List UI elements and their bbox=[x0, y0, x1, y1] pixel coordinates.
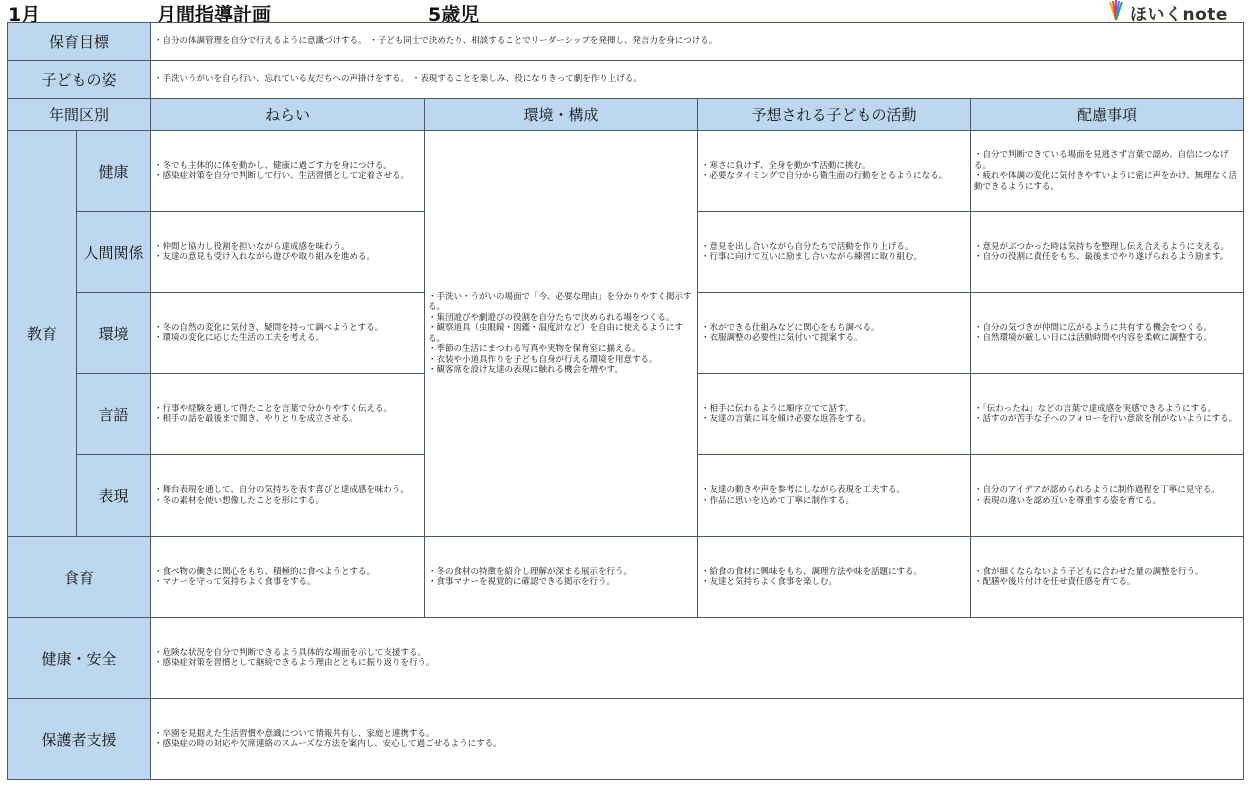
shokuiku-kankyo: ・冬の食材の特徴を紹介し理解が深まる展示を行う。 ・食事マナーを視覚的に確認でき… bbox=[425, 537, 698, 618]
label-kyoiku: 教育 bbox=[8, 131, 77, 537]
row-kenko-anzen: 健康・安全 ・危険な状況を自分で判断できるよう具体的な場面を示して支援する。 ・… bbox=[8, 618, 1244, 699]
hairyo-kenko: ・自分で判断できている場面を見逃さず言葉で認め、自信につなげる。 ・疲れや体調の… bbox=[971, 131, 1244, 212]
nerai-ningen-kankei: ・仲間と協力し役割を担いながら達成感を味わう。 ・友達の意見も受け入れながら遊び… bbox=[151, 212, 425, 293]
row-kodomo-no-sugata: 子どもの姿 ・手洗いうがいを自ら行い、忘れている友だちへの声掛けをする。 ・表現… bbox=[8, 61, 1244, 99]
hairyo-kankyo: ・自分の気づきが仲間に広がるように共有する機会をつくる。 ・自然環境が厳しい日に… bbox=[971, 293, 1244, 374]
shokuiku-yosou: ・給食の食材に興味をもち、調理方法や味を話題にする。 ・友達と気持ちよく食事を楽… bbox=[698, 537, 971, 618]
label-area-kenko: 健康 bbox=[77, 131, 151, 212]
label-shokuiku: 食育 bbox=[8, 537, 151, 618]
hairyo-ningen-kankei: ・意見がぶつかった時は気持ちを整理し伝え合えるように支える。 ・自分の役割に責任… bbox=[971, 212, 1244, 293]
nerai-hyogen: ・舞台表現を通して、自分の気持ちを表す喜びと達成感を味わう。 ・冬の素材を使い想… bbox=[151, 455, 425, 537]
label-area-gengo: 言語 bbox=[77, 374, 151, 455]
col-header-hairyo: 配慮事項 bbox=[971, 99, 1244, 131]
hairyo-gengo: ・「伝わったね」などの言葉で達成感を実感できるようにする。 ・話すのが苦手な子へ… bbox=[971, 374, 1244, 455]
yosou-gengo: ・相手に伝わるように順序立てて話す。 ・友達の言葉に耳を傾け必要な返答をする。 bbox=[698, 374, 971, 455]
kankyo-kosei-kyoiku: ・手洗い・うがいの場面で「今、必要な理由」を分かりやすく掲示する。 ・集団遊びや… bbox=[425, 131, 698, 537]
label-hoiku-mokuhyo: 保育目標 bbox=[8, 23, 151, 61]
row-area-kenko: 教育 健康 ・冬でも主体的に体を動かし、健康に過ごす力を身につける。 ・感染症対… bbox=[8, 131, 1244, 212]
row-hoiku-mokuhyo: 保育目標 ・自分の体調管理を自分で行えるように意識づけする。 ・子ども同士で決め… bbox=[8, 23, 1244, 61]
nerai-gengo: ・行事や経験を通して得たことを言葉で分かりやすく伝える。 ・相手の話を最後まで聞… bbox=[151, 374, 425, 455]
col-header-kankyo: 環境・構成 bbox=[425, 99, 698, 131]
nerai-kankyo: ・冬の自然の変化に気付き、疑問を持って調べようとする。 ・環境の変化に応じた生活… bbox=[151, 293, 425, 374]
row-shokuiku: 食育 ・食べ物の働きに関心をもち、積極的に食べようとする。 ・マナーを守って気持… bbox=[8, 537, 1244, 618]
yosou-kankyo: ・氷ができる仕組みなどに関心をもち調べる。 ・衣服調整の必要性に気付いて提案する… bbox=[698, 293, 971, 374]
col-header-nerai: ねらい bbox=[151, 99, 425, 131]
logo: ほいくnote bbox=[1108, 0, 1228, 24]
shokuiku-hairyo: ・食が細くならないよう子どもに合わせた量の調整を行う。 ・配膳や後片付けを任せ責… bbox=[971, 537, 1244, 618]
nerai-kenko: ・冬でも主体的に体を動かし、健康に過ごす力を身につける。 ・感染症対策を自分で判… bbox=[151, 131, 425, 212]
hoiku-mokuhyo-text: ・自分の体調管理を自分で行えるように意識づけする。 ・子ども同士で決めたり、相談… bbox=[151, 23, 1244, 61]
kenko-anzen-text: ・危険な状況を自分で判断できるよう具体的な場面を示して支援する。 ・感染症対策を… bbox=[151, 618, 1244, 699]
hogosha-shien-text: ・卒園を見据えた生活習慣や意識について情報共有し、家庭と連携する。 ・感染症の時… bbox=[151, 699, 1244, 780]
label-area-kankyo: 環境 bbox=[77, 293, 151, 374]
monthly-plan-table: 保育目標 ・自分の体調管理を自分で行えるように意識づけする。 ・子ども同士で決め… bbox=[7, 22, 1244, 780]
row-hogosha-shien: 保護者支援 ・卒園を見据えた生活習慣や意識について情報共有し、家庭と連携する。 … bbox=[8, 699, 1244, 780]
title-bar: 1月 月間指導計画 5歳児 ほいくnote bbox=[0, 0, 1250, 22]
label-hogosha-shien: 保護者支援 bbox=[8, 699, 151, 780]
shokuiku-nerai: ・食べ物の働きに関心をもち、積極的に食べようとする。 ・マナーを守って気持ちよく… bbox=[151, 537, 425, 618]
yosou-kenko: ・寒さに負けず、全身を動かす活動に挑む。 ・必要なタイミングで自分から衛生面の行… bbox=[698, 131, 971, 212]
col-header-yosou: 予想される子どもの活動 bbox=[698, 99, 971, 131]
label-area-ningen-kankei: 人間関係 bbox=[77, 212, 151, 293]
label-kenko-anzen: 健康・安全 bbox=[8, 618, 151, 699]
logo-text: ほいくnote bbox=[1130, 0, 1228, 25]
label-area-hyogen: 表現 bbox=[77, 455, 151, 537]
yosou-hyogen: ・友達の動きや声を参考にしながら表現を工夫する。 ・作品に思いを込めて丁寧に制作… bbox=[698, 455, 971, 537]
col-header-category: 年間区別 bbox=[8, 99, 151, 131]
kodomo-no-sugata-text: ・手洗いうがいを自ら行い、忘れている友だちへの声掛けをする。 ・表現することを楽… bbox=[151, 61, 1244, 99]
hairyo-hyogen: ・自分のアイデアが認められるように制作過程を丁寧に見守る。 ・表現の違いを認め互… bbox=[971, 455, 1244, 537]
label-kodomo-no-sugata: 子どもの姿 bbox=[8, 61, 151, 99]
yosou-ningen-kankei: ・意見を出し合いながら自分たちで活動を作り上げる。 ・行事に向けて互いに励まし合… bbox=[698, 212, 971, 293]
column-header-row: 年間区別 ねらい 環境・構成 予想される子どもの活動 配慮事項 bbox=[8, 99, 1244, 131]
